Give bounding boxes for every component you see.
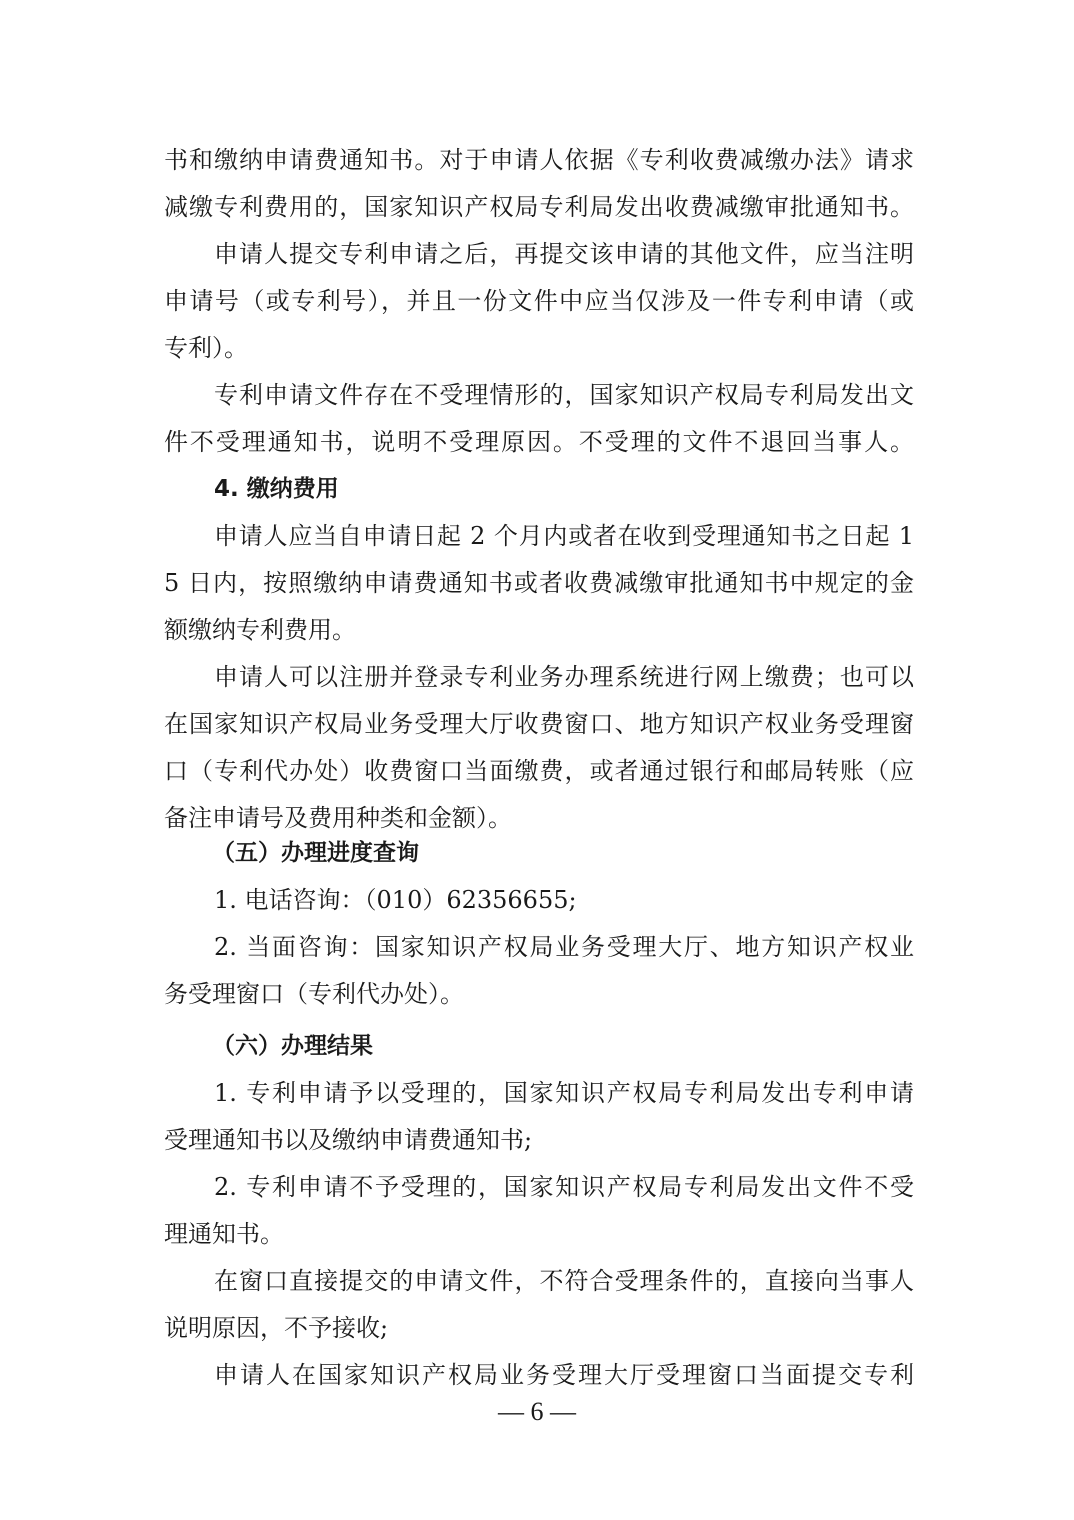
body-line: 书和缴纳申请费通知书。对于申请人依据《专利收费减缴办法》请求 xyxy=(164,140,914,180)
paragraph-end-line: 受理通知书以及缴纳申请费通知书; xyxy=(164,1120,914,1160)
paragraph-end-line: 额缴纳专利费用。 xyxy=(164,610,914,650)
section-heading-progress-inquiry: （五）办理进度查询 xyxy=(212,833,962,873)
body-line: 件不受理通知书，说明不受理原因。不受理的文件不退回当事人。 xyxy=(164,422,914,462)
paragraph-end-line: 备注申请号及费用种类和金额）。 xyxy=(164,798,914,838)
paragraph-end-line: 说明原因，不予接收; xyxy=(164,1308,914,1348)
paragraph-start-line: 专利申请文件存在不受理情形的，国家知识产权局专利局发出文 xyxy=(214,375,914,415)
paragraph-start-line: 2. 专利申请不予受理的，国家知识产权局专利局发出文件不受 xyxy=(214,1167,914,1207)
paragraph-start-line: 1. 专利申请予以受理的，国家知识产权局专利局发出专利申请 xyxy=(214,1073,914,1113)
paragraph-start-line: 在窗口直接提交的申请文件，不符合受理条件的，直接向当事人 xyxy=(214,1261,914,1301)
paragraph-end-line: 专利）。 xyxy=(164,328,914,368)
page-number: — 6 — xyxy=(0,1392,1074,1432)
phone-inquiry-line: 1. 电话咨询：（010）62356655; xyxy=(214,880,914,920)
paragraph-end-line: 务受理窗口（专利代办处）。 xyxy=(164,974,914,1014)
body-line: 5 日内，按照缴纳申请费通知书或者收费减缴审批通知书中规定的金 xyxy=(164,563,914,603)
paragraph-start-line: 申请人可以注册并登录专利业务办理系统进行网上缴费；也可以 xyxy=(214,657,914,697)
subsection-heading-payment: 4. 缴纳费用 xyxy=(214,469,914,509)
body-line: 在国家知识产权局业务受理大厅收费窗口、地方知识产权业务受理窗 xyxy=(164,704,914,744)
section-heading-result: （六）办理结果 xyxy=(212,1026,962,1066)
document-page: 书和缴纳申请费通知书。对于申请人依据《专利收费减缴办法》请求 减缴专利费用的，国… xyxy=(0,0,1074,1520)
paragraph-end-line: 理通知书。 xyxy=(164,1214,914,1254)
paragraph-start-line: 申请人应当自申请日起 2 个月内或者在收到受理通知书之日起 1 xyxy=(214,516,914,556)
body-line: 口（专利代办处）收费窗口当面缴费，或者通过银行和邮局转账（应 xyxy=(164,751,914,791)
paragraph-start-line: 申请人在国家知识产权局业务受理大厅受理窗口当面提交专利 xyxy=(214,1355,914,1395)
paragraph-start-line: 2. 当面咨询：国家知识产权局业务受理大厅、地方知识产权业 xyxy=(214,927,914,967)
body-line: 申请号（或专利号），并且一份文件中应当仅涉及一件专利申请（或 xyxy=(164,281,914,321)
paragraph-start-line: 申请人提交专利申请之后，再提交该申请的其他文件，应当注明 xyxy=(214,234,914,274)
body-line: 减缴专利费用的，国家知识产权局专利局发出收费减缴审批通知书。 xyxy=(164,187,914,227)
